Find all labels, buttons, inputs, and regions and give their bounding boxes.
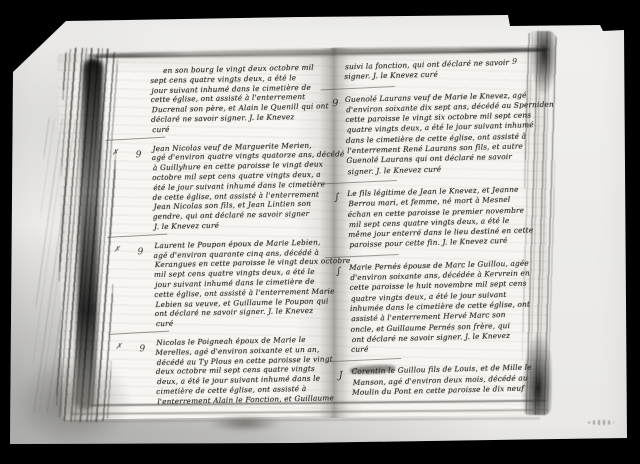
- left-page-entries: en son bourg le vingt deux octobre milse…: [150, 63, 335, 416]
- corner-scribble: [588, 420, 614, 425]
- margin-entry-mark: J: [339, 372, 343, 382]
- burial-register-entry: ✗9Nicolas le Poigneah époux de Marie leM…: [155, 334, 334, 406]
- margin-entry-mark: 9: [332, 99, 339, 109]
- book-corner-shadow: [16, 356, 132, 448]
- margin-entry-mark: ∫: [334, 193, 340, 203]
- margin-entry-mark: 9: [139, 345, 145, 355]
- burial-register-entry: JCorentin le Guillou fils de Louis, et d…: [351, 362, 554, 398]
- margin-entry-mark: 9: [137, 248, 143, 258]
- photo-surface: 9 en son bourg le vingt deux octobre mil…: [0, 0, 640, 464]
- burial-register-entry: en son bourg le vingt deux octobre milse…: [150, 63, 329, 135]
- burial-register-entry: ✗9Laurent le Poupon époux de Marie Lebie…: [153, 237, 333, 329]
- gutter-shadow: [208, 415, 282, 432]
- burial-register-entry: suivi la fonction, qui ont déclaré ne sa…: [344, 57, 546, 83]
- margin-check-mark: ✗: [113, 244, 120, 254]
- margin-entry-mark: 9: [136, 151, 142, 161]
- margin-entry-mark: ∫: [336, 267, 342, 277]
- microfilm-photograph: { "colors":{"background":"#000000","phot…: [0, 0, 640, 464]
- right-page-entries: suivi la fonction, qui ont déclaré ne sa…: [344, 57, 554, 410]
- burial-register-entry: ∫Le fils légitime de Jean le Knevez, et …: [347, 184, 550, 251]
- burial-register-entry: ∫Marie Pernés épouse de Marc le Guillou,…: [349, 258, 553, 356]
- burial-register-entry: 9Guenolé Laurans veuf de Marie le Knevez…: [345, 90, 549, 177]
- margin-check-mark: ✗: [112, 147, 119, 157]
- margin-check-mark: ✗: [115, 342, 122, 352]
- burial-register-entry: ✗9Jean Nicolas veuf de Marguerite Merien…: [151, 140, 331, 232]
